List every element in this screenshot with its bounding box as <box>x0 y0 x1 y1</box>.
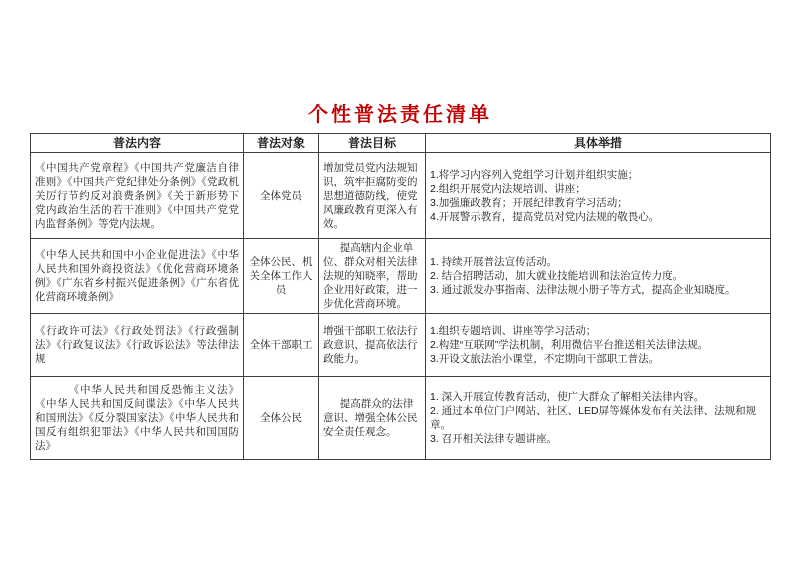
measure-item: 3.开设文旅法治小课堂，不定期向干部职工普法。 <box>430 352 766 366</box>
cell-content-2: 《中华人民共和国中小企业促进法》《中华人民共和国外商投资法》《优化营商环境条例》… <box>31 239 244 314</box>
measure-item: 1. 深入开展宣传教育活动，使广大群众了解相关法律内容。 <box>430 390 766 404</box>
cell-target-4: 全体公民 <box>244 377 319 460</box>
cell-target-2: 全体公民、机关全体工作人员 <box>244 239 319 314</box>
cell-target-1: 全体党员 <box>244 153 319 239</box>
cell-content-3: 《行政许可法》《行政处罚法》《行政强制法》《行政复议法》《行政诉讼法》等法律法规 <box>31 314 244 377</box>
cell-goal-2: 提高辖内企业单位、群众对相关法律法规的知晓率，帮助企业用好政策，进一步优化营商环… <box>319 239 426 314</box>
header-target: 普法对象 <box>244 134 319 153</box>
measure-item: 1.将学习内容列入党组学习计划并组织实施； <box>430 168 766 182</box>
cell-goal-3: 增强干部职工依法行政意识，提高依法行政能力。 <box>319 314 426 377</box>
cell-measures-4: 1. 深入开展宣传教育活动，使广大群众了解相关法律内容。 2. 通过本单位门户网… <box>426 377 771 460</box>
table-row: 《中华人民共和国中小企业促进法》《中华人民共和国外商投资法》《优化营商环境条例》… <box>31 239 771 314</box>
measure-item: 3. 召开相关法律专题讲座。 <box>430 432 766 446</box>
cell-content-1: 《中国共产党章程》《中国共产党廉洁自律准则》《中国共产党纪律处分条例》《党政机关… <box>31 153 244 239</box>
cell-goal-4: 提高群众的法律意识、增强全体公民安全责任观念。 <box>319 377 426 460</box>
cell-content-4: 《中华人民共和国反恐怖主义法》《中华人民共和国反间谍法》《中华人民共和国刑法》《… <box>31 377 244 460</box>
measure-item: 3.加强廉政教育；开展纪律教育学习活动； <box>430 196 766 210</box>
table-row: 《中国共产党章程》《中国共产党廉洁自律准则》《中国共产党纪律处分条例》《党政机关… <box>31 153 771 239</box>
measure-item: 4.开展警示教育，提高党员对党内法规的敬畏心。 <box>430 210 766 224</box>
header-goal: 普法目标 <box>319 134 426 153</box>
cell-measures-2: 1. 持续开展普法宣传活动。 2. 结合招聘活动，加大就业技能培训和法治宣传力度… <box>426 239 771 314</box>
measure-item: 2.构建“互联网”学法机制，利用微信平台推送相关法律法规。 <box>430 338 766 352</box>
cell-measures-1: 1.将学习内容列入党组学习计划并组织实施； 2.组织开展党内法规培训、讲座； 3… <box>426 153 771 239</box>
header-measures: 具体举措 <box>426 134 771 153</box>
measure-item: 2. 结合招聘活动，加大就业技能培训和法治宣传力度。 <box>430 269 766 283</box>
cell-measures-3: 1.组织专题培训、讲座等学习活动； 2.构建“互联网”学法机制，利用微信平台推送… <box>426 314 771 377</box>
law-responsibility-table: 普法内容 普法对象 普法目标 具体举措 《中国共产党章程》《中国共产党廉洁自律准… <box>30 133 771 460</box>
page-title: 个性普法责任清单 <box>0 98 800 127</box>
table-row: 《行政许可法》《行政处罚法》《行政强制法》《行政复议法》《行政诉讼法》等法律法规… <box>31 314 771 377</box>
cell-goal-1: 增加党员党内法规知识，筑牢拒腐防变的思想道德防线，使党风廉政教育更深入有效。 <box>319 153 426 239</box>
measure-item: 3. 通过派发办事指南、法律法规小册子等方式，提高企业知晓度。 <box>430 283 766 297</box>
header-content: 普法内容 <box>31 134 244 153</box>
measure-item: 1. 持续开展普法宣传活动。 <box>430 255 766 269</box>
cell-target-3: 全体干部职工 <box>244 314 319 377</box>
table-row: 《中华人民共和国反恐怖主义法》《中华人民共和国反间谍法》《中华人民共和国刑法》《… <box>31 377 771 460</box>
measure-item: 2.组织开展党内法规培训、讲座； <box>430 182 766 196</box>
measure-item: 2. 通过本单位门户网站、社区、LED屏等媒体发布有关法律、法规和规章。 <box>430 404 766 432</box>
table-header-row: 普法内容 普法对象 普法目标 具体举措 <box>31 134 771 153</box>
measure-item: 1.组织专题培训、讲座等学习活动； <box>430 324 766 338</box>
document-page: { "page": { "title": "个性普法责任清单" }, "colo… <box>0 0 800 565</box>
